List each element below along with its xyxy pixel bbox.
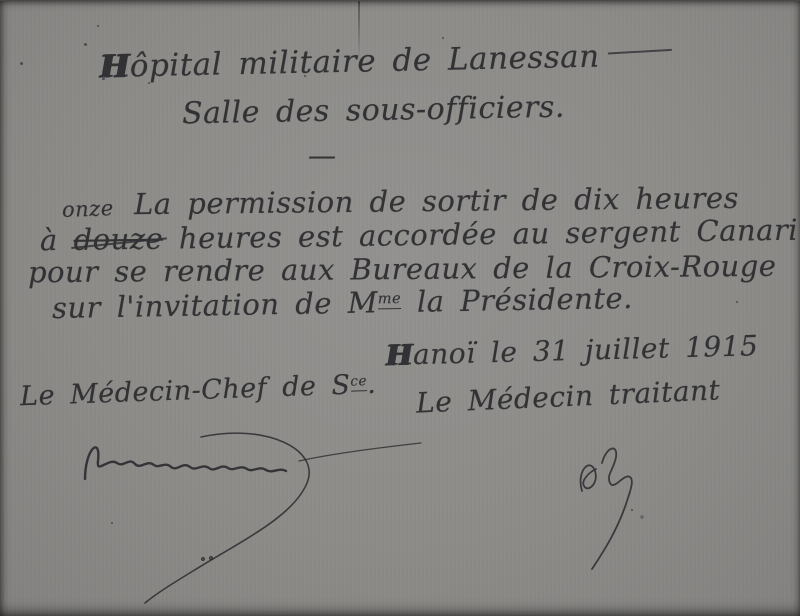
signature-scribble (85, 447, 286, 479)
superscript-me: me (378, 291, 402, 309)
left-title-suffix: . (367, 369, 377, 400)
paper-speck (102, 78, 105, 80)
paper-speck (736, 301, 738, 303)
left-signature-title: Le Médecin-Chef de Sce. (20, 369, 377, 412)
medecin-traitant-signature (558, 429, 693, 579)
paper-speck (97, 25, 99, 27)
ink-dot (210, 557, 213, 560)
paper-speck (84, 43, 87, 46)
body-line-4-suffix: la Présidente. (417, 281, 633, 319)
left-title-prefix: Le Médecin-Chef de S (20, 370, 351, 413)
header-title: Hôpital militaire de Lanessan (100, 37, 672, 85)
insertion-word: onze (62, 196, 114, 222)
paper-speck (20, 62, 23, 65)
medecin-chef-signature (55, 423, 435, 613)
ink-dot (641, 516, 643, 518)
body-line-2-prefix: à (40, 223, 58, 257)
pen-stroke (607, 49, 671, 55)
signature-paraph-loop (145, 433, 309, 603)
struck-word: douze (73, 222, 163, 257)
header-title-text: Hôpital militaire de Lanessan (100, 39, 600, 85)
ink-dot (202, 558, 205, 561)
paper-speck (148, 82, 150, 84)
header-subtitle: Salle des sous-officiers. (182, 90, 565, 132)
paper-speck (631, 509, 633, 511)
separator-dash: — (308, 139, 337, 172)
document-photo: Hôpital militaire de Lanessan Salle des … (0, 0, 800, 616)
paper-speck (442, 37, 444, 39)
date-line: Hanoï le 31 juillet 1915 (386, 329, 759, 372)
body-line-4-prefix: sur l'invitation de M (52, 285, 378, 325)
paper-speck (111, 522, 113, 524)
body-line-3: pour se rendre aux Bureaux de la Croix-R… (28, 249, 777, 290)
right-signature-title: Le Médecin traitant (415, 373, 721, 419)
signature-initials (581, 448, 632, 569)
signature-paraph-stroke (299, 443, 421, 461)
superscript-ce: ce (350, 373, 367, 392)
paper-speck (304, 75, 306, 77)
